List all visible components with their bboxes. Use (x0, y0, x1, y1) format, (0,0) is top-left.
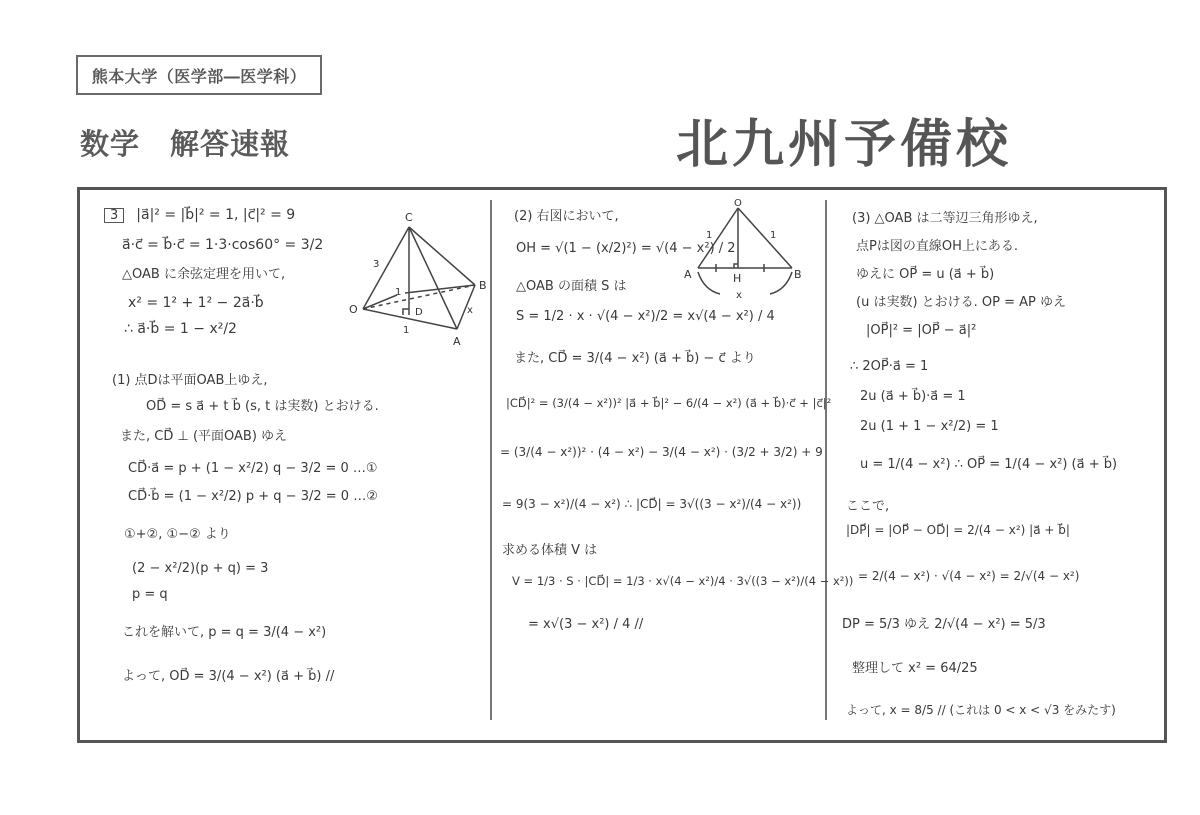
part1-line-2: OD⃗ = s a⃗ + t b⃗ (s, t は実数) とおける. (146, 400, 379, 413)
part1-line-1: (1) 点Dは平面OAB上ゆえ, (112, 374, 268, 387)
brand-logo: 北九州予備校 (676, 102, 1012, 177)
label-d: D (415, 307, 423, 318)
part3-line-6: ∴ 2OP⃗·a⃗ = 1 (850, 360, 928, 373)
label-o2: O (734, 198, 742, 209)
part1-line-9: これを解いて, p = q = 3/(4 − x²) (122, 626, 326, 639)
intro-line-2: a⃗·c⃗ = b⃗·c⃗ = 1·3·cos60° = 3/2 (122, 238, 323, 252)
tetrahedron-figure: C O A B D 3 1 1 x (345, 205, 495, 350)
part3-line-12: = 2/(4 − x²) · √(4 − x²) = 2/√(4 − x²) (858, 570, 1079, 582)
label-b2: B (794, 268, 802, 281)
part2-line-5: また, CD⃗ = 3/(4 − x²) (a⃗ + b⃗) − c⃗ より (514, 352, 756, 365)
part2-line-10: V = 1/3 · S · |CD⃗| = 1/3 · x√(4 − x²)/4… (512, 576, 853, 588)
label-oa2: 1 (706, 230, 712, 241)
part2-line-6: |CD⃗|² = (3/(4 − x²))² |a⃗ + b⃗|² − 6/(4… (506, 398, 831, 410)
isosceles-triangle-figure: O A B H 1 1 x (682, 196, 812, 306)
part2-line-11: = x√(3 − x²) / 4 // (528, 618, 643, 631)
part3-line-4: (u は実数) とおける. OP = AP ゆえ (856, 296, 1066, 309)
label-b: B (479, 279, 487, 292)
intro-line-5: ∴ a⃗·b⃗ = 1 − x²/2 (124, 322, 237, 336)
university-label: 熊本大学（医学部―医学科） (76, 55, 322, 95)
part3-line-1: (3) △OAB は二等辺三角形ゆえ, (852, 212, 1038, 225)
part2-line-1: (2) 右図において, (514, 210, 619, 223)
label-ab: x (467, 305, 473, 316)
label-h: H (733, 272, 741, 285)
part1-line-4: CD⃗·a⃗ = p + (1 − x²/2) q − 3/2 = 0 …① (128, 462, 378, 475)
part2-line-9: 求める体積 V は (502, 544, 597, 557)
part3-line-13: DP = 5/3 ゆえ 2/√(4 − x²) = 5/3 (842, 618, 1046, 631)
label-ab2: x (736, 290, 742, 301)
problem-number: 3 (104, 208, 124, 223)
part3-line-15: よって, x = 8/5 // (これは 0 < x < √3 をみたす) (846, 704, 1116, 716)
part2-line-8: = 9(3 − x²)/(4 − x²) ∴ |CD⃗| = 3√((3 − x… (502, 498, 801, 510)
part3-line-14: 整理して x² = 64/25 (852, 662, 978, 675)
part1-line-3: また, CD⃗ ⊥ (平面OAB) ゆえ (120, 430, 287, 443)
label-a2: A (684, 268, 692, 281)
label-a: A (453, 335, 461, 348)
intro-line-3: △OAB に余弦定理を用いて, (122, 268, 285, 281)
label-oa: 1 (403, 325, 409, 336)
part3-line-9: u = 1/(4 − x²) ∴ OP⃗ = 1/(4 − x²) (a⃗ + … (860, 458, 1117, 471)
part3-line-2: 点Pは図の直線OH上にある. (856, 240, 1018, 253)
label-c: C (405, 211, 413, 224)
part1-line-7: (2 − x²/2)(p + q) = 3 (132, 562, 268, 575)
subject-title: 数学 解答速報 (80, 122, 290, 163)
part1-line-6: ①+②, ①−② より (124, 528, 231, 541)
part3-line-7: 2u (a⃗ + b⃗)·a⃗ = 1 (860, 390, 966, 403)
part3-line-5: |OP⃗|² = |OP⃗ − a⃗|² (866, 324, 976, 337)
part1-line-5: CD⃗·b⃗ = (1 − x²/2) p + q − 3/2 = 0 …② (128, 490, 378, 503)
label-oc: 3 (373, 259, 379, 270)
label-ob: 1 (395, 287, 401, 298)
part2-line-7: = (3/(4 − x²))² · (4 − x²) − 3/(4 − x²) … (500, 446, 823, 458)
part1-line-8: p = q (132, 588, 168, 601)
part3-line-8: 2u (1 + 1 − x²/2) = 1 (860, 420, 999, 433)
intro-text-1: |a⃗|² = |b⃗|² = 1, |c⃗|² = 9 (136, 207, 295, 223)
column-divider-2 (825, 200, 827, 720)
label-ob2: 1 (770, 230, 776, 241)
part3-line-3: ゆえに OP⃗ = u (a⃗ + b⃗) (856, 268, 994, 281)
part3-line-11: |DP⃗| = |OP⃗ − OD⃗| = 2/(4 − x²) |a⃗ + b… (846, 524, 1070, 536)
part3-line-10: ここで, (846, 500, 889, 513)
part2-line-3: △OAB の面積 S は (516, 280, 626, 293)
part2-line-4: S = 1/2 · x · √(4 − x²)/2 = x√(4 − x²) /… (516, 310, 775, 323)
part1-line-10: よって, OD⃗ = 3/(4 − x²) (a⃗ + b⃗) // (122, 670, 334, 683)
intro-line-1: 3|a⃗|² = |b⃗|² = 1, |c⃗|² = 9 (104, 208, 295, 223)
label-o: O (349, 303, 358, 316)
intro-line-4: x² = 1² + 1² − 2a⃗·b⃗ (128, 296, 264, 310)
